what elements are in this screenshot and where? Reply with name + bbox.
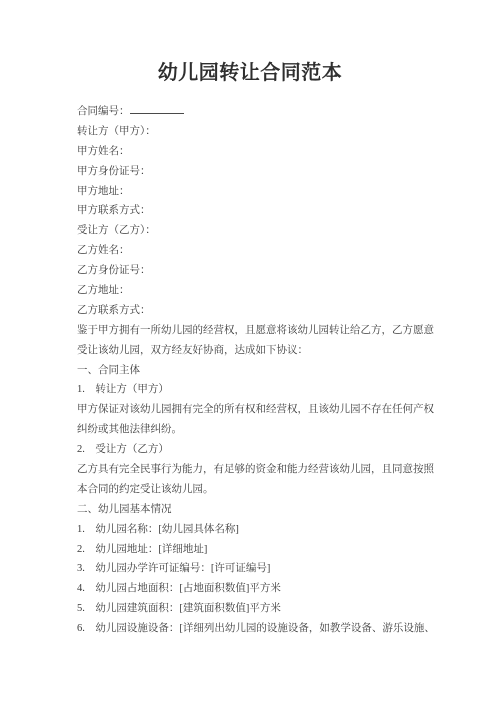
document-line: 乙方具有完全民事行为能力，有足够的资金和能力经营该幼儿园，且同意按照 [77, 460, 439, 480]
document-line: 1. 转让方（甲方） [77, 380, 439, 400]
document-line: 甲方姓名： [77, 142, 439, 162]
document-line: 2. 受让方（乙方） [77, 440, 439, 460]
document-line: 本合同的约定受让该幼儿园。 [77, 480, 439, 500]
document-line: 乙方身份证号： [77, 261, 439, 281]
contract-number-label: 合同编号： [77, 106, 130, 117]
document-line: 乙方姓名： [77, 241, 439, 261]
document-line: 3. 幼儿园办学许可证编号：[许可证编号] [77, 559, 439, 579]
document-title: 幼儿园转让合同范本 [0, 56, 500, 85]
document-body: 合同编号： 转让方（甲方）： 甲方姓名： 甲方身份证号： 甲方地址： 甲方联系方… [77, 102, 439, 639]
document-line: 乙方联系方式： [77, 301, 439, 321]
document-line: 甲方保证对该幼儿园拥有完全的所有权和经营权，且该幼儿园不存在任何产权 [77, 400, 439, 420]
document-line: 受让方（乙方）： [77, 221, 439, 241]
document-line: 5. 幼儿园建筑面积：[建筑面积数值]平方米 [77, 599, 439, 619]
contract-number-blank [130, 102, 184, 114]
contract-number-line: 合同编号： [77, 102, 439, 122]
document-line: 鉴于甲方拥有一所幼儿园的经营权，且愿意将该幼儿园转让给乙方，乙方愿意 [77, 321, 439, 341]
contract-document-page: 幼儿园转让合同范本 合同编号： 转让方（甲方）： 甲方姓名： 甲方身份证号： 甲… [0, 0, 500, 707]
document-line: 甲方联系方式： [77, 201, 439, 221]
document-line: 1. 幼儿园名称：[幼儿园具体名称] [77, 520, 439, 540]
document-line: 6. 幼儿园设施设备：[详细列出幼儿园的设施设备，如教学设备、游乐设施、 [77, 619, 439, 639]
document-line: 乙方地址： [77, 281, 439, 301]
document-line: 受让该幼儿园，双方经友好协商，达成如下协议： [77, 341, 439, 361]
section-heading: 一、合同主体 [77, 361, 439, 381]
document-line: 4. 幼儿园占地面积：[占地面积数值]平方米 [77, 579, 439, 599]
document-line: 甲方身份证号： [77, 162, 439, 182]
document-line: 2. 幼儿园地址：[详细地址] [77, 540, 439, 560]
document-line: 纠纷或其他法律纠纷。 [77, 420, 439, 440]
section-heading: 二、幼儿园基本情况 [77, 500, 439, 520]
document-line: 转让方（甲方）： [77, 122, 439, 142]
document-line: 甲方地址： [77, 182, 439, 202]
